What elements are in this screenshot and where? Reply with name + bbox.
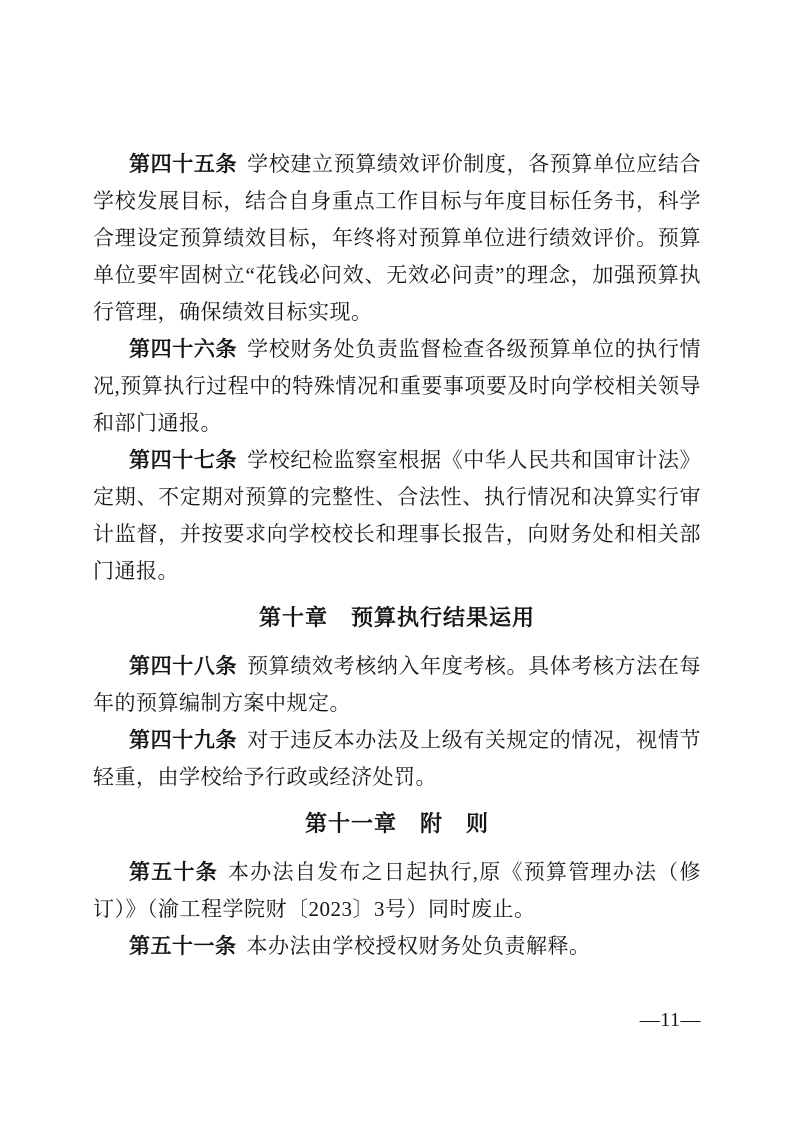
chapter-heading-11: 第十一章 附 则 — [93, 805, 701, 842]
document-page: 第四十五条学校建立预算绩效评价制度，各预算单位应结合学校发展目标，结合自身重点工… — [0, 0, 794, 1122]
article-number-label: 第四十六条 — [129, 337, 237, 361]
article-47: 第四十七条学校纪检监察室根据《中华人民共和国审计法》定期、不定期对预算的完整性、… — [93, 442, 701, 590]
article-number-label: 第五十条 — [129, 860, 218, 884]
article-50: 第五十条本办法自发布之日起执行,原《预算管理办法（修订）》（渝工程学院财〔202… — [93, 854, 701, 928]
article-number-label: 第四十八条 — [129, 654, 237, 678]
article-text: 学校建立预算绩效评价制度，各预算单位应结合学校发展目标，结合自身重点工作目标与年… — [93, 152, 701, 324]
chapter-heading-10: 第十章 预算执行结果运用 — [93, 599, 701, 636]
article-51: 第五十一条本办法由学校授权财务处负责解释。 — [93, 928, 701, 965]
article-48: 第四十八条预算绩效考核纳入年度考核。具体考核方法在每年的预算编制方案中规定。 — [93, 648, 701, 722]
article-text: 本办法由学校授权财务处负责解释。 — [247, 934, 591, 958]
article-number-label: 第五十一条 — [129, 934, 237, 958]
article-46: 第四十六条学校财务处负责监督检查各级预算单位的执行情况,预算执行过程中的特殊情况… — [93, 331, 701, 442]
article-number-label: 第四十五条 — [129, 152, 237, 176]
article-number-label: 第四十七条 — [129, 448, 237, 472]
document-body: 第四十五条学校建立预算绩效评价制度，各预算单位应结合学校发展目标，结合自身重点工… — [93, 146, 701, 965]
article-49: 第四十九条对于违反本办法及上级有关规定的情况，视情节轻重，由学校给予行政或经济处… — [93, 722, 701, 796]
page-number: —11— — [640, 1008, 701, 1032]
article-number-label: 第四十九条 — [129, 728, 237, 752]
article-45: 第四十五条学校建立预算绩效评价制度，各预算单位应结合学校发展目标，结合自身重点工… — [93, 146, 701, 331]
